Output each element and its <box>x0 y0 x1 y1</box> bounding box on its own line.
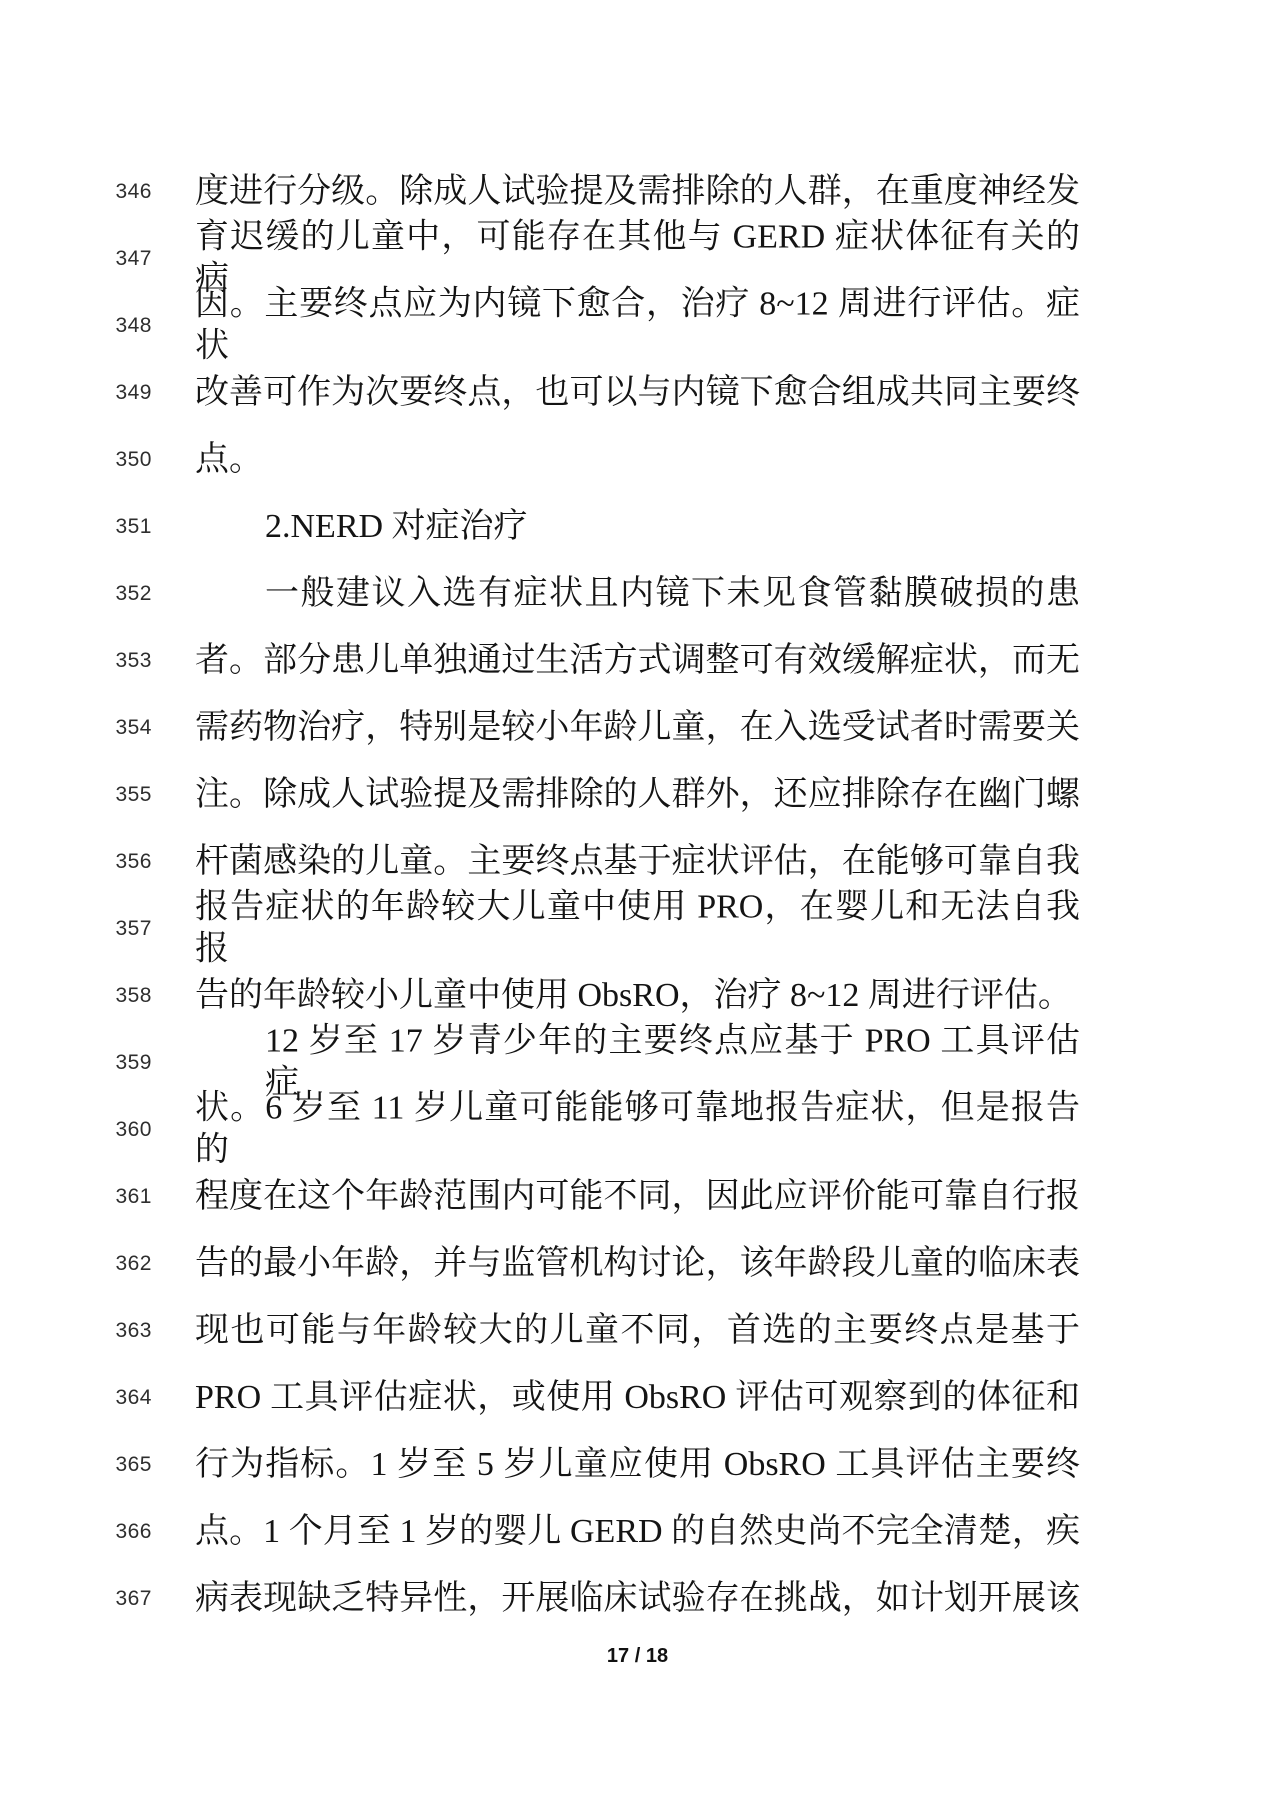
line-number: 350 <box>95 448 152 472</box>
text-line: 346 度进行分级。除成人试验提及需排除的人群，在重度神经发 <box>0 158 1280 225</box>
line-text: 现也可能与年龄较大的儿童不同，首选的主要终点是基于 <box>195 1309 1080 1352</box>
text-line: 363 现也可能与年龄较大的儿童不同，首选的主要终点是基于 <box>0 1297 1280 1364</box>
text-line: 350 点。 <box>0 426 1280 493</box>
text-line: 365 行为指标。1 岁至 5 岁儿童应使用 ObsRO 工具评估主要终 <box>0 1431 1280 1498</box>
line-number: 361 <box>95 1185 152 1209</box>
line-number: 355 <box>95 783 152 807</box>
line-text: 点。 <box>195 438 1080 481</box>
line-text: 改善可作为次要终点，也可以与内镜下愈合组成共同主要终 <box>195 371 1080 414</box>
text-line: 359 12 岁至 17 岁青少年的主要终点应基于 PRO 工具评估症 <box>0 1029 1280 1096</box>
line-text: 病表现缺乏特异性，开展临床试验存在挑战，如计划开展该 <box>195 1577 1080 1620</box>
line-number: 346 <box>95 180 152 204</box>
line-text: 点。1 个月至 1 岁的婴儿 GERD 的自然史尚不完全清楚，疾 <box>195 1510 1080 1553</box>
line-text: 杆菌感染的儿童。主要终点基于症状评估，在能够可靠自我 <box>195 840 1080 883</box>
page-number: 17 / 18 <box>195 1645 1080 1668</box>
text-line: 357 报告症状的年龄较大儿童中使用 PRO，在婴儿和无法自我报 <box>0 895 1280 962</box>
line-text: 状。6 岁至 11 岁儿童可能能够可靠地报告症状，但是报告的 <box>195 1087 1080 1172</box>
line-text: 2.NERD 对症治疗 <box>195 505 1080 548</box>
line-text: 度进行分级。除成人试验提及需排除的人群，在重度神经发 <box>195 170 1080 213</box>
line-number: 354 <box>95 716 152 740</box>
line-text: 告的年龄较小儿童中使用 ObsRO，治疗 8~12 周进行评估。 <box>195 974 1080 1017</box>
text-line: 362 告的最小年龄，并与监管机构讨论，该年龄段儿童的临床表 <box>0 1230 1280 1297</box>
text-line: 355 注。除成人试验提及需排除的人群外，还应排除存在幽门螺 <box>0 761 1280 828</box>
line-number: 359 <box>95 1051 152 1075</box>
text-line: 353 者。部分患儿单独通过生活方式调整可有效缓解症状，而无 <box>0 627 1280 694</box>
line-text: 报告症状的年龄较大儿童中使用 PRO，在婴儿和无法自我报 <box>195 886 1080 971</box>
text-line: 354 需药物治疗，特别是较小年龄儿童，在入选受试者时需要关 <box>0 694 1280 761</box>
line-number: 362 <box>95 1252 152 1276</box>
text-line: 348 因。主要终点应为内镜下愈合，治疗 8~12 周进行评估。症状 <box>0 292 1280 359</box>
line-number: 347 <box>95 247 152 271</box>
line-number: 349 <box>95 381 152 405</box>
line-text: 一般建议入选有症状且内镜下未见食管黏膜破损的患 <box>195 572 1080 615</box>
text-body: 346 度进行分级。除成人试验提及需排除的人群，在重度神经发 347 育迟缓的儿… <box>0 158 1280 1632</box>
line-text: PRO 工具评估症状，或使用 ObsRO 评估可观察到的体征和 <box>195 1376 1080 1419</box>
line-number: 348 <box>95 314 152 338</box>
line-text: 告的最小年龄，并与监管机构讨论，该年龄段儿童的临床表 <box>195 1242 1080 1285</box>
line-number: 364 <box>95 1386 152 1410</box>
line-number: 363 <box>95 1319 152 1343</box>
text-line: 367 病表现缺乏特异性，开展临床试验存在挑战，如计划开展该 <box>0 1565 1280 1632</box>
text-line: 347 育迟缓的儿童中，可能存在其他与 GERD 症状体征有关的病 <box>0 225 1280 292</box>
line-number: 367 <box>95 1587 152 1611</box>
line-number: 356 <box>95 850 152 874</box>
text-line: 364 PRO 工具评估症状，或使用 ObsRO 评估可观察到的体征和 <box>0 1364 1280 1431</box>
line-text: 行为指标。1 岁至 5 岁儿童应使用 ObsRO 工具评估主要终 <box>195 1443 1080 1486</box>
line-number: 357 <box>95 917 152 941</box>
text-line: 366 点。1 个月至 1 岁的婴儿 GERD 的自然史尚不完全清楚，疾 <box>0 1498 1280 1565</box>
line-number: 366 <box>95 1520 152 1544</box>
text-line: 360 状。6 岁至 11 岁儿童可能能够可靠地报告症状，但是报告的 <box>0 1096 1280 1163</box>
text-line: 361 程度在这个年龄范围内可能不同，因此应评价能可靠自行报 <box>0 1163 1280 1230</box>
line-text: 注。除成人试验提及需排除的人群外，还应排除存在幽门螺 <box>195 773 1080 816</box>
text-line: 351 2.NERD 对症治疗 <box>0 493 1280 560</box>
text-line: 358 告的年龄较小儿童中使用 ObsRO，治疗 8~12 周进行评估。 <box>0 962 1280 1029</box>
line-number: 360 <box>95 1118 152 1142</box>
line-number: 353 <box>95 649 152 673</box>
line-text: 因。主要终点应为内镜下愈合，治疗 8~12 周进行评估。症状 <box>195 283 1080 368</box>
line-text: 程度在这个年龄范围内可能不同，因此应评价能可靠自行报 <box>195 1175 1080 1218</box>
line-text: 者。部分患儿单独通过生活方式调整可有效缓解症状，而无 <box>195 639 1080 682</box>
text-line: 352 一般建议入选有症状且内镜下未见食管黏膜破损的患 <box>0 560 1280 627</box>
line-number: 352 <box>95 582 152 606</box>
line-text: 需药物治疗，特别是较小年龄儿童，在入选受试者时需要关 <box>195 706 1080 749</box>
line-number: 365 <box>95 1453 152 1477</box>
text-line: 349 改善可作为次要终点，也可以与内镜下愈合组成共同主要终 <box>0 359 1280 426</box>
text-line: 356 杆菌感染的儿童。主要终点基于症状评估，在能够可靠自我 <box>0 828 1280 895</box>
document-page: 346 度进行分级。除成人试验提及需排除的人群，在重度神经发 347 育迟缓的儿… <box>0 0 1280 1810</box>
line-number: 351 <box>95 515 152 539</box>
line-number: 358 <box>95 984 152 1008</box>
